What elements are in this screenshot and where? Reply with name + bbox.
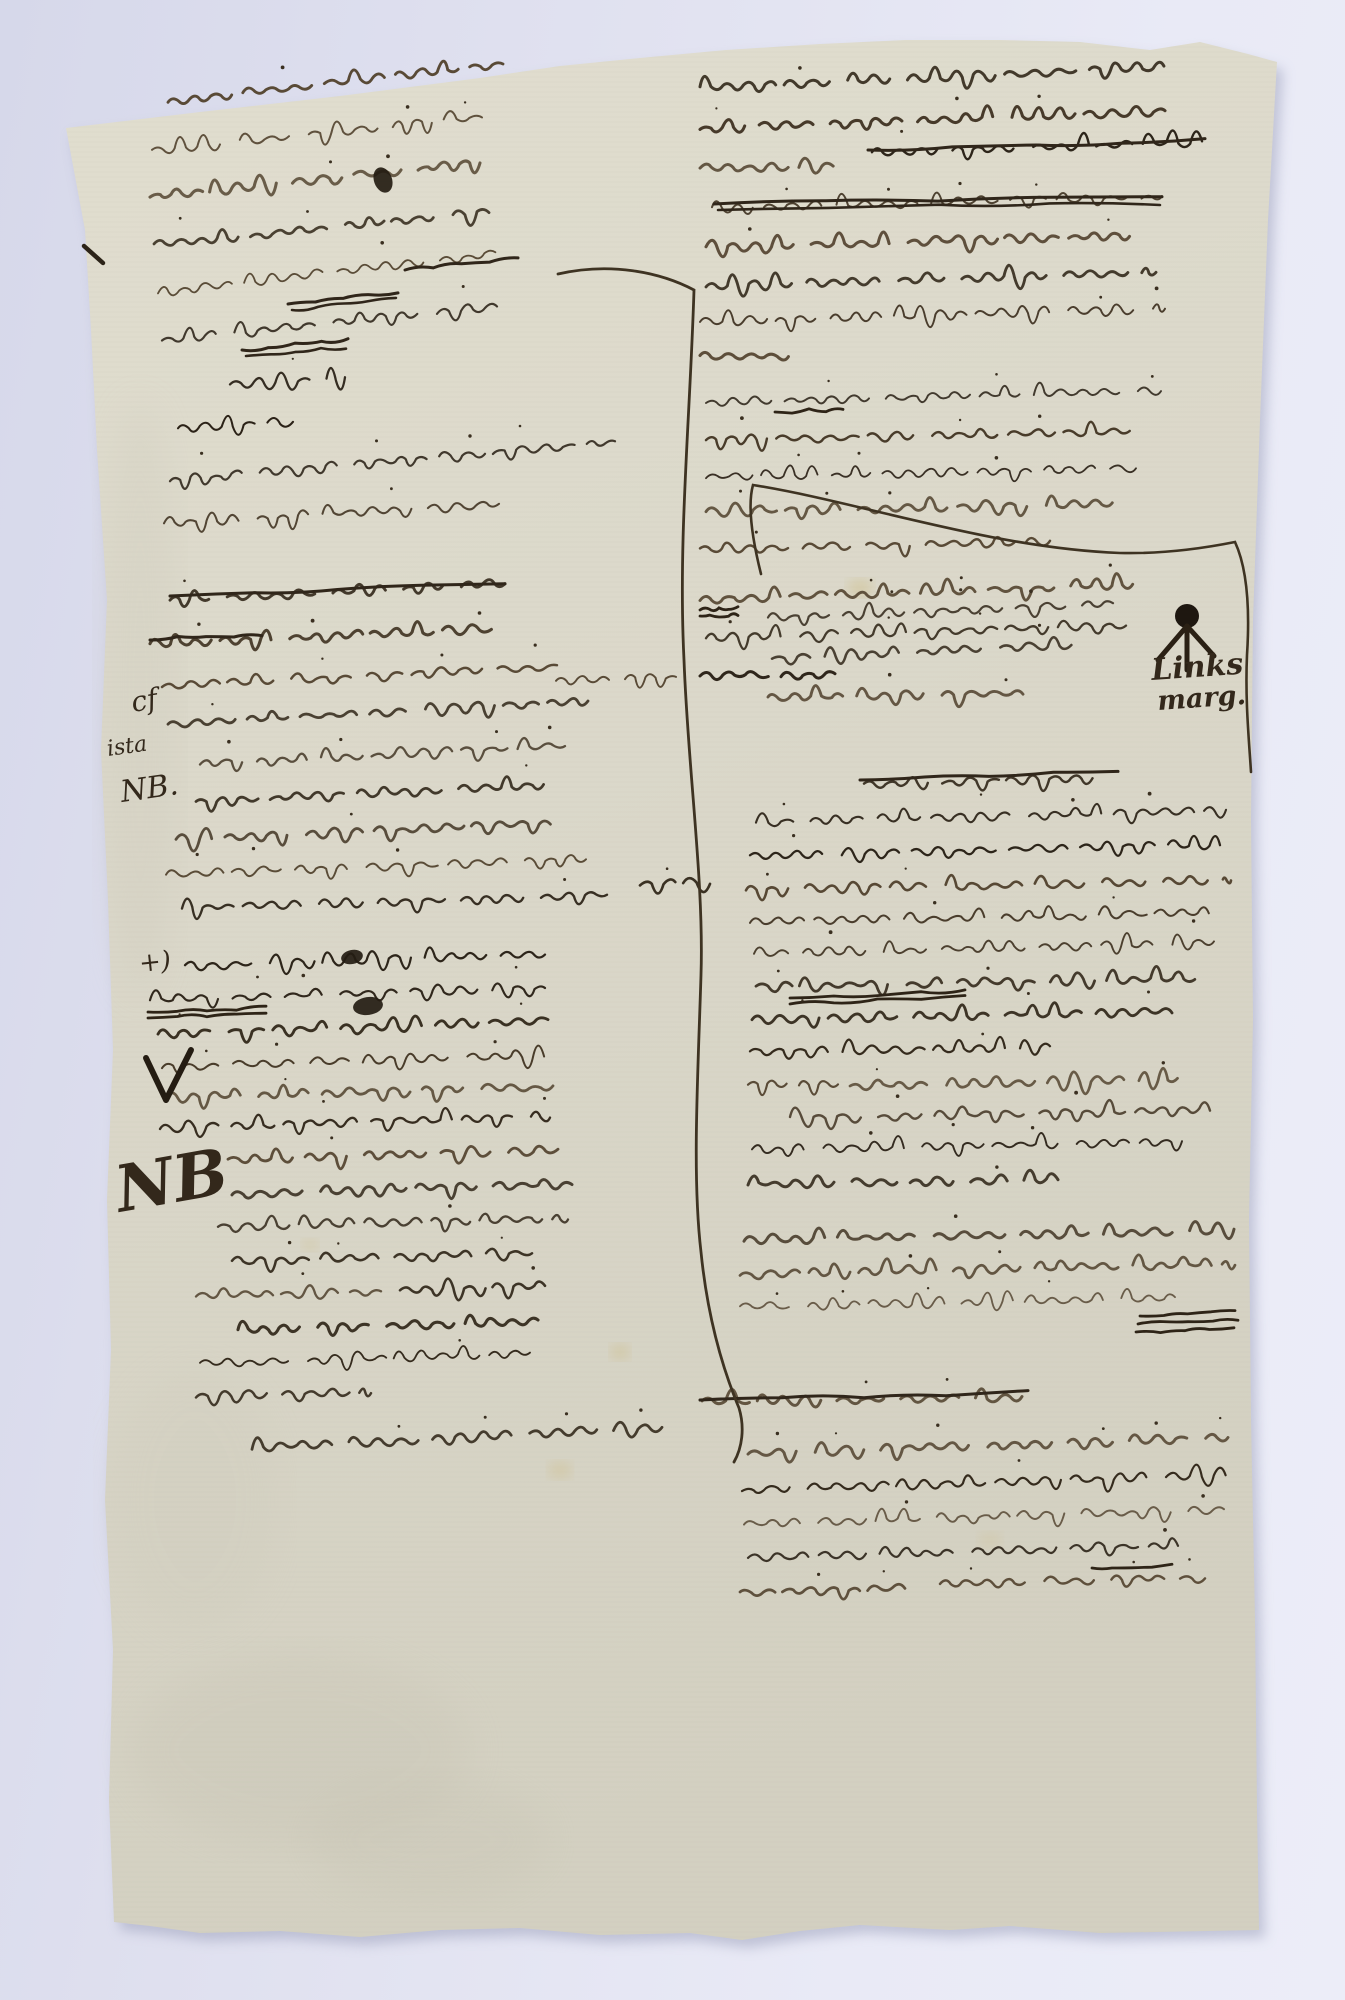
ink-dot — [715, 107, 717, 109]
ink-dot — [1155, 287, 1159, 291]
ink-dot — [639, 1408, 642, 1411]
ink-dot — [563, 878, 566, 881]
ink-dot — [440, 654, 443, 657]
ink-dot — [869, 1131, 873, 1135]
ink-dot — [960, 576, 963, 579]
ink-dot — [525, 764, 527, 766]
ink-dot — [835, 1432, 837, 1434]
ink-dot — [281, 66, 285, 70]
ink-dot — [829, 930, 833, 934]
ink-dot — [1151, 375, 1154, 378]
ink-dot — [729, 620, 732, 623]
ink-dot — [827, 380, 829, 382]
ink-dot — [494, 1040, 497, 1043]
ink-dot — [200, 452, 203, 455]
ink-dot — [468, 434, 471, 437]
ink-dot — [1163, 1528, 1167, 1532]
ink-dot — [792, 834, 795, 837]
ink-dot — [946, 1378, 949, 1381]
ink-dot — [375, 439, 378, 442]
ink-dot — [995, 373, 998, 376]
ink-dot — [386, 154, 390, 158]
ink-dot — [785, 188, 788, 191]
ink-dot — [380, 241, 384, 245]
ink-dot — [995, 456, 999, 460]
ink-dot — [321, 658, 323, 660]
ink-dot — [350, 813, 353, 816]
ink-dot — [865, 1381, 868, 1384]
ink-dot — [740, 416, 744, 420]
ink-dot — [1188, 1558, 1191, 1561]
ink-dot — [817, 1573, 820, 1576]
ink-dot — [883, 1570, 885, 1572]
ink-dot — [256, 976, 259, 979]
ink-dot — [887, 188, 890, 191]
ink-dot — [858, 452, 861, 455]
ink-dot — [227, 740, 231, 744]
ink-dot — [515, 966, 518, 969]
ink-dot — [565, 1412, 568, 1415]
ink-dot — [1162, 1061, 1165, 1064]
ink-dot — [330, 1136, 333, 1139]
ink-dot — [1112, 896, 1114, 898]
ink-dot — [548, 726, 552, 730]
ink-dot — [448, 1204, 452, 1208]
ink-dot — [970, 1567, 972, 1569]
ink-dot — [954, 1214, 958, 1218]
ink-dot — [890, 590, 893, 593]
ink-dot — [292, 358, 294, 360]
ink-dot — [905, 1500, 908, 1503]
ink-dot — [1147, 991, 1150, 994]
plus-mark: +) — [138, 946, 173, 979]
ink-dot — [406, 105, 410, 109]
ink-dot — [205, 1050, 208, 1053]
ink-dot — [798, 66, 802, 70]
ink-dot — [398, 1425, 401, 1428]
ink-dot — [876, 1068, 878, 1070]
ink-dot — [1018, 1459, 1021, 1462]
ink-dot — [755, 531, 758, 534]
ink-dot — [288, 1241, 291, 1244]
ink-dot — [501, 1237, 503, 1239]
manuscript-page: +)cfistaNB.NBLinksmarg. — [0, 0, 1345, 2000]
ink-dot — [306, 210, 309, 213]
ink-dot — [666, 867, 669, 870]
ink-dot — [396, 848, 399, 851]
ink-dot — [959, 419, 961, 421]
ink-dot — [1048, 1280, 1050, 1282]
ink-dot — [1155, 1421, 1158, 1424]
ink-dot — [888, 491, 891, 494]
ink-dot — [1071, 798, 1075, 802]
ink-dot — [900, 130, 903, 133]
ink-dot — [484, 1416, 487, 1419]
ink-dot — [1074, 1091, 1078, 1095]
ink-dot — [1038, 624, 1041, 627]
ink-dot — [998, 1250, 1001, 1253]
ink-dot — [980, 793, 982, 795]
ink-dot — [252, 847, 255, 850]
ink-dot — [952, 1123, 955, 1126]
ink-dot — [776, 1292, 779, 1295]
ink-dot — [458, 1339, 461, 1342]
ink-dot — [776, 1432, 779, 1435]
ink-dot — [797, 454, 800, 457]
ink-dot — [464, 101, 466, 103]
ink-dot — [909, 1254, 913, 1258]
ink-dot — [927, 1287, 929, 1289]
ink-dot — [739, 490, 742, 493]
ink-dot — [1027, 992, 1030, 995]
ink-dot — [986, 967, 989, 970]
ink-dot — [777, 970, 780, 973]
ink-dot — [896, 1094, 900, 1098]
ink-dot — [179, 217, 182, 220]
ink-dot — [301, 1272, 304, 1275]
ink-dot — [275, 1043, 278, 1046]
ink-dot — [1201, 1494, 1205, 1498]
ink-dot — [979, 612, 981, 614]
ink-dot — [766, 873, 769, 876]
ink-dot — [888, 616, 890, 618]
ink-dot — [1031, 1126, 1034, 1129]
ink-dot — [995, 1165, 998, 1168]
ink-dot — [936, 1424, 939, 1427]
ink-dot — [1099, 296, 1102, 299]
ink-dot — [842, 1290, 845, 1293]
ink-dot — [211, 703, 213, 705]
ink-dot — [1132, 1561, 1135, 1564]
ink-dot — [196, 853, 199, 856]
ink-dot — [870, 579, 873, 582]
ink-dot — [1029, 589, 1033, 593]
ink-dot — [888, 673, 892, 677]
ink-dot — [1005, 678, 1008, 681]
ink-dot — [1148, 792, 1152, 796]
ink-dot — [302, 974, 306, 978]
ink-dot — [534, 644, 537, 647]
ink-dot — [183, 580, 186, 583]
ink-dot — [520, 1003, 522, 1005]
ink-dot — [390, 487, 393, 490]
ink-dot — [462, 285, 465, 288]
ink-dot — [179, 1013, 181, 1015]
ink-dot — [322, 1100, 325, 1103]
ink-dot — [284, 1078, 286, 1080]
ink-dot — [1102, 1427, 1105, 1430]
ink-dot — [329, 160, 332, 163]
ink-dot — [339, 738, 342, 741]
ink-dot — [311, 619, 315, 623]
ink-dot — [1107, 219, 1109, 221]
ink-dot — [955, 97, 959, 101]
ink-dot — [933, 901, 936, 904]
scan-background: +)cfistaNB.NBLinksmarg. — [0, 0, 1345, 2000]
ink-dot — [531, 1266, 535, 1270]
ink-dot — [337, 1242, 339, 1244]
ink-dot — [495, 730, 498, 733]
ink-dot — [801, 999, 803, 1001]
ink-dot — [905, 868, 907, 870]
ink-dot — [783, 803, 786, 806]
ink-dot — [478, 611, 482, 615]
ink-dot — [543, 1097, 546, 1100]
links-marg-line2: marg. — [1156, 680, 1247, 717]
ink-dot — [1038, 415, 1041, 418]
ink-dot — [825, 492, 828, 495]
ink-dot — [1035, 183, 1037, 185]
ink-dot — [1109, 564, 1112, 567]
ink-dot — [958, 182, 961, 185]
ink-dot — [197, 623, 200, 626]
ink-dot — [748, 227, 752, 231]
ink-dot — [1192, 919, 1195, 922]
ink-dot — [519, 425, 522, 428]
ink-dot — [1219, 1417, 1221, 1419]
ink-dot — [981, 1033, 984, 1036]
paper-texture — [66, 40, 1277, 1940]
ink-dot — [1037, 95, 1040, 98]
ink-dot — [959, 588, 962, 591]
